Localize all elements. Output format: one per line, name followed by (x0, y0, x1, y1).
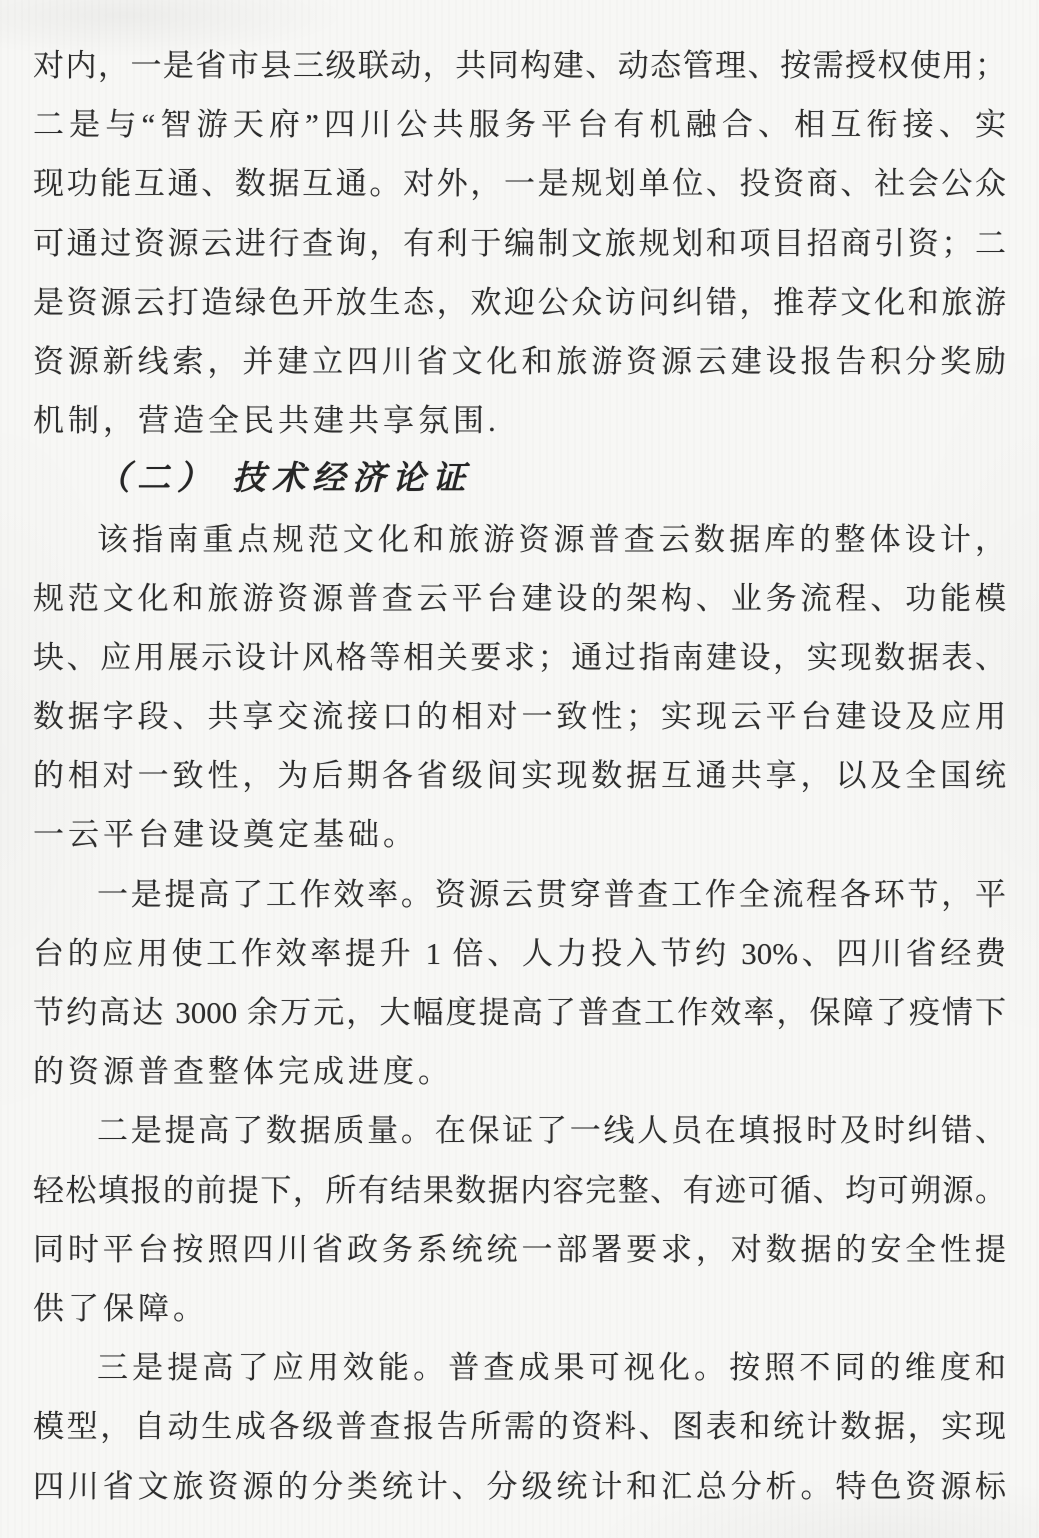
section-heading: （二） 技术经济论证 (33, 450, 1006, 509)
text-line: 的相对一致性，为后期各省级间实现数据互通共享，以及全国统 (33, 746, 1006, 805)
text-line: 二是提高了数据质量。在保证了一线人员在填报时及时纠错、 (33, 1101, 1006, 1160)
text-line: 同时平台按照四川省政务系统统一部署要求，对数据的安全性提 (33, 1220, 1006, 1279)
text-line: 四川省文旅资源的分类统计、分级统计和汇总分析。特色资源标 (33, 1457, 1006, 1516)
text-line: 轻松填报的前提下，所有结果数据内容完整、有迹可循、均可朔源。 (33, 1161, 1006, 1220)
text-line: 台的应用使工作效率提升 1 倍、人力投入节约 30%、四川省经费 (33, 924, 1006, 983)
text-line: 一云平台建设奠定基础。 (33, 805, 1006, 864)
text-line: 二是与“智游天府”四川公共服务平台有机融合、相互衔接、实 (33, 95, 1006, 154)
document-text: 对内，一是省市县三级联动，共同构建、动态管理、按需授权使用； 二是与“智游天府”… (33, 36, 1006, 1516)
text-line: 现功能互通、数据互通。对外，一是规划单位、投资商、社会公众 (33, 154, 1006, 213)
text-line: 节约高达 3000 余万元，大幅度提高了普查工作效率，保障了疫情下 (33, 983, 1006, 1042)
text-line: 对内，一是省市县三级联动，共同构建、动态管理、按需授权使用； (33, 36, 1006, 95)
document-page: 对内，一是省市县三级联动，共同构建、动态管理、按需授权使用； 二是与“智游天府”… (0, 0, 1039, 1538)
text-line: 机制，营造全民共建共享氛围. (33, 391, 1006, 450)
text-line: 资源新线索，并建立四川省文化和旅游资源云建设报告积分奖励 (33, 332, 1006, 391)
text-line: 三是提高了应用效能。普查成果可视化。按照不同的维度和 (33, 1338, 1006, 1397)
text-line: 规范文化和旅游资源普查云平台建设的架构、业务流程、功能模 (33, 569, 1006, 628)
text-line: 是资源云打造绿色开放生态，欢迎公众访问纠错，推荐文化和旅游 (33, 273, 1006, 332)
text-line: 的资源普查整体完成进度。 (33, 1042, 1006, 1101)
text-line: 一是提高了工作效率。资源云贯穿普查工作全流程各环节，平 (33, 865, 1006, 924)
text-line: 供了保障。 (33, 1279, 1006, 1338)
text-line: 数据字段、共享交流接口的相对一致性；实现云平台建设及应用 (33, 687, 1006, 746)
text-line: 块、应用展示设计风格等相关要求；通过指南建设，实现数据表、 (33, 628, 1006, 687)
text-line: 模型，自动生成各级普查报告所需的资料、图表和统计数据，实现 (33, 1397, 1006, 1456)
text-line: 可通过资源云进行查询，有利于编制文旅规划和项目招商引资；二 (33, 214, 1006, 273)
text-line: 该指南重点规范文化和旅游资源普查云数据库的整体设计， (33, 510, 1006, 569)
